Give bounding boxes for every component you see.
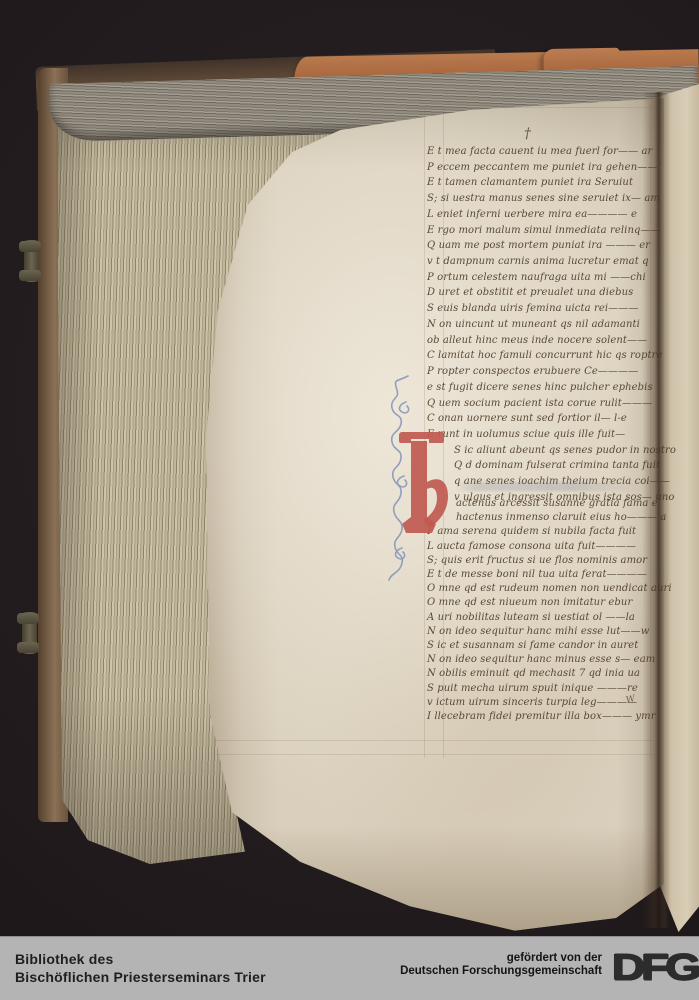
manuscript-line: P ortum celestem naufraga uita mi ——chi	[427, 270, 662, 286]
manuscript-line: Q d dominam fulserat crimina tanta fuit	[427, 458, 662, 474]
margin-pen-mark: W	[625, 694, 636, 706]
metal-clasp-upper	[24, 240, 39, 282]
manuscript-line: E runt in uolumus sciue quis ille fuit—	[427, 427, 662, 443]
manuscript-line: O mne qd est rudeum nomen non uendicat a…	[427, 582, 662, 596]
funding-credit: gefördert von der Deutschen Forschungsge…	[320, 952, 602, 978]
manuscript-line: Q uem socium pacient ista corue rulit———	[427, 396, 662, 412]
manuscript-line: S euis blanda uiris femina uicta rei———	[427, 301, 662, 317]
manuscript-line: S; quis erit fructus si ue flos nominis …	[427, 554, 662, 568]
manuscript-line: S ic et susannam si fame candor in auret	[427, 639, 662, 653]
pen-flourish-decoration	[386, 372, 414, 586]
manuscript-line: N on uincunt ut muneant qs nil adamanti	[427, 317, 662, 333]
manuscript-line: I llecebram fidei premitur illa box——— y…	[427, 710, 662, 724]
cross-mark: †	[524, 126, 531, 142]
ruling-line-horizontal	[408, 107, 658, 108]
verse-block-upper: E t mea facta cauent iu mea fuerl for—— …	[427, 144, 662, 506]
manuscript-line: C onan uornere sunt sed fortior il— l-e	[427, 411, 662, 427]
manuscript-line: Q uam me post mortem puniat ira ——— er	[427, 238, 662, 254]
manuscript-line: N obilis eminuit qd mechasit 7 qd inia u…	[427, 667, 662, 681]
manuscript-line: E t de messe boni nil tua uita ferat————	[427, 568, 662, 582]
manuscript-line: P ropter conspectos erubuere Ce————	[427, 364, 662, 380]
manuscript-line: v t dampnum carnis anima lucretur emat q	[427, 254, 662, 270]
manuscript-line: L eniet inferni uerbere mira ea———— e	[427, 207, 662, 223]
library-caption: Bibliothek des Bischöflichen Priestersem…	[15, 951, 266, 986]
dfg-logo: DFG	[603, 944, 697, 989]
manuscript-line: N on ideo sequitur hanc mihi esse lut——w	[427, 625, 662, 639]
manuscript-line: E t tamen clamantem puniet ira Seruiut	[427, 175, 662, 191]
library-caption-line2: Bischöflichen Priesterseminars Trier	[15, 969, 266, 987]
manuscript-line: S puit mecha uirum spuit inique ———re	[427, 682, 662, 696]
manuscript-line: A uri nobilitas luteam si uestiat ol ——l…	[427, 611, 662, 625]
manuscript-line: C lamitat hoc famuli concurrunt hic qs r…	[427, 348, 662, 364]
manuscript-line: D uret et obstitit et preualet una diebu…	[427, 285, 662, 301]
manuscript-line: S; si uestra manus senes sine seruiet ix…	[427, 191, 662, 207]
funding-credit-line2: Deutschen Forschungsgemeinschaft	[320, 965, 602, 978]
verse-block-lower: actenus arcessit susanne gratia fama eha…	[427, 497, 662, 724]
caption-bar: Bibliothek des Bischöflichen Priestersem…	[0, 936, 699, 1000]
manuscript-line: N on ideo sequitur hanc minus esse s— ea…	[427, 653, 662, 667]
manuscript-line: L aucta famose consona uita fuit————	[427, 540, 662, 554]
manuscript-line: E rgo mori malum simul inmediata relinq—…	[427, 223, 662, 239]
manuscript-line: S ic aliunt abeunt qs senes pudor in nos…	[427, 443, 662, 459]
manuscript-line: ob alleut hinc meus inde nocere solent——	[427, 333, 662, 349]
manuscript-line: F ama serena quidem si nubila facta fuit	[427, 525, 662, 539]
manuscript-line: e st fugit dicere senes hinc pulcher eph…	[427, 380, 662, 396]
ruling-line-horizontal	[215, 754, 660, 755]
manuscript-line: actenus arcessit susanne gratia fama e	[427, 497, 662, 511]
funding-credit-line1: gefördert von der	[320, 952, 602, 965]
manuscript-line: E t mea facta cauent iu mea fuerl for—— …	[427, 144, 662, 160]
library-caption-line1: Bibliothek des	[15, 951, 266, 969]
metal-clasp-lower	[22, 612, 37, 654]
manuscript-line: hactenus inmenso claruit eius ho——— a	[427, 511, 662, 525]
erased-text-line	[455, 482, 645, 491]
manuscript-line: O mne qd est niueum non imitatur ebur	[427, 596, 662, 610]
ruling-line-horizontal	[215, 740, 660, 741]
manuscript-line: P eccem peccantem me puniet ira gehen——	[427, 160, 662, 176]
manuscript-photo: † E t mea facta cauent iu mea fuerl for—…	[0, 0, 699, 1000]
